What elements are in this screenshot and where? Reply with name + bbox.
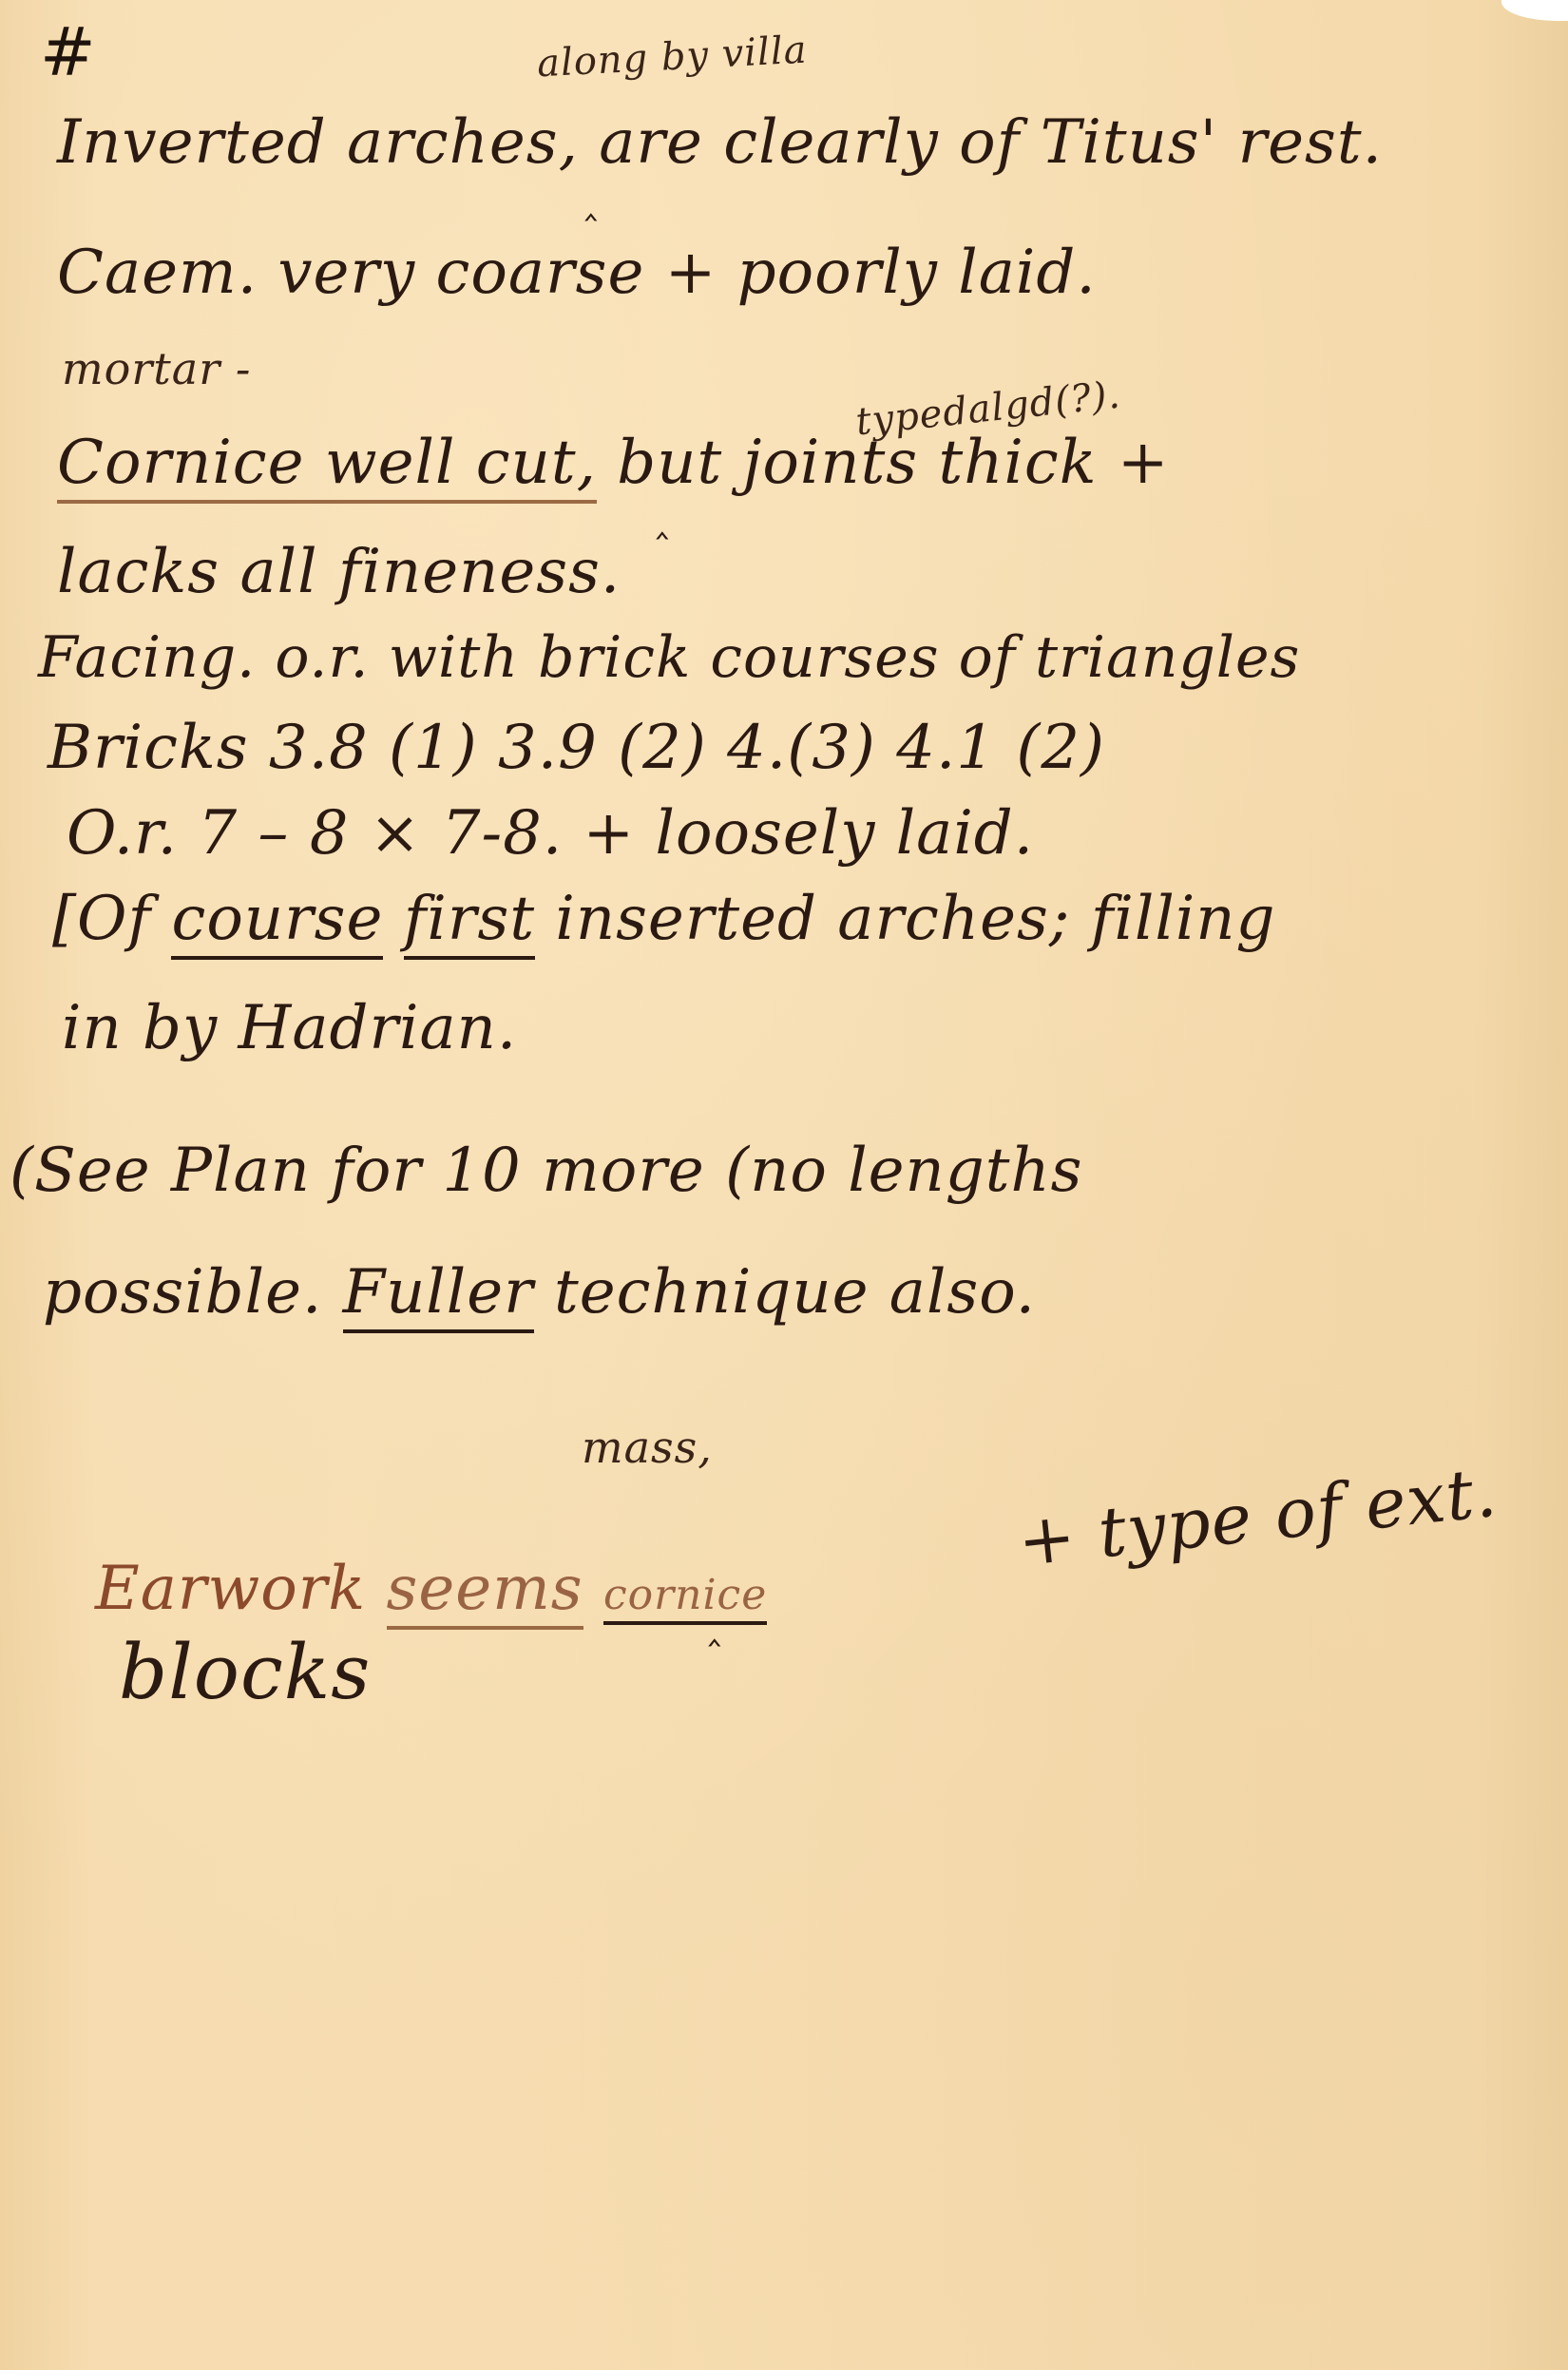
line-blocks: blocks [119, 1634, 371, 1711]
insertion-mass: mass, [582, 1425, 713, 1469]
line-cornice-well-cut: Cornice well cut, but joints thick + [57, 432, 1169, 493]
line-lacks-fineness: lacks all fineness. [57, 542, 621, 602]
line-bricks-measurements: Bricks 3.8 (1) 3.9 (2) 4.(3) 4.1 (2) [48, 717, 1105, 778]
line-inverted-arches: Inverted arches, are clearly of Titus' r… [57, 112, 1383, 173]
line-caem-coarse: Caem. very coarse + poorly laid. [57, 242, 1097, 303]
course-underlined: course [171, 884, 383, 960]
line-in-by-hadrian: in by Hadrian. [62, 998, 517, 1059]
cornice-underlined-brown: cornice [603, 1571, 767, 1625]
line-of-course-first-inserted: [Of course first inserted arches; fillin… [52, 889, 1275, 949]
line-possible-fuller-technique: possible. Fuller technique also. [43, 1262, 1036, 1323]
line-or-loosely-laid: O.r. 7 – 8 × 7-8. + loosely laid. [67, 803, 1034, 864]
technique-also: technique also. [554, 1257, 1036, 1328]
lacks-word: lacks [57, 537, 220, 607]
fuller-underlined: Fuller [343, 1257, 534, 1333]
section-mark: # [40, 19, 96, 86]
manuscript-page: # along by villa Inverted arches, are cl… [0, 0, 1568, 2370]
type-of-ext: + type of ext. [1015, 1458, 1501, 1577]
inserted-arches-filling: inserted arches; filling [555, 884, 1275, 954]
insertion-caret: ‸ [656, 499, 669, 537]
of-word: [Of [52, 884, 151, 954]
all-fineness: all fineness. [239, 537, 621, 607]
insertion-along-by-villa: along by villa [536, 31, 808, 84]
first-underlined: first [404, 884, 535, 960]
insertion-caret: ‸ [708, 1606, 721, 1644]
earwork-word: Earwork [95, 1554, 366, 1624]
cornice-underlined: Cornice well cut, [57, 428, 597, 504]
torn-corner [1501, 0, 1568, 21]
possible-word: possible. [43, 1257, 322, 1328]
line-see-plan: (See Plan for 10 more (no lengths [10, 1140, 1083, 1201]
insertion-caret: ‸ [584, 181, 598, 219]
line-mortar: mortar - [62, 347, 251, 391]
but-joints-thick: but joints thick + [617, 428, 1169, 498]
line-facing-brick-courses: Facing. o.r. with brick courses of trian… [38, 629, 1300, 686]
line-earwork-seems: Earwork seems cornice [95, 1558, 767, 1619]
seems-word: seems [387, 1554, 583, 1630]
